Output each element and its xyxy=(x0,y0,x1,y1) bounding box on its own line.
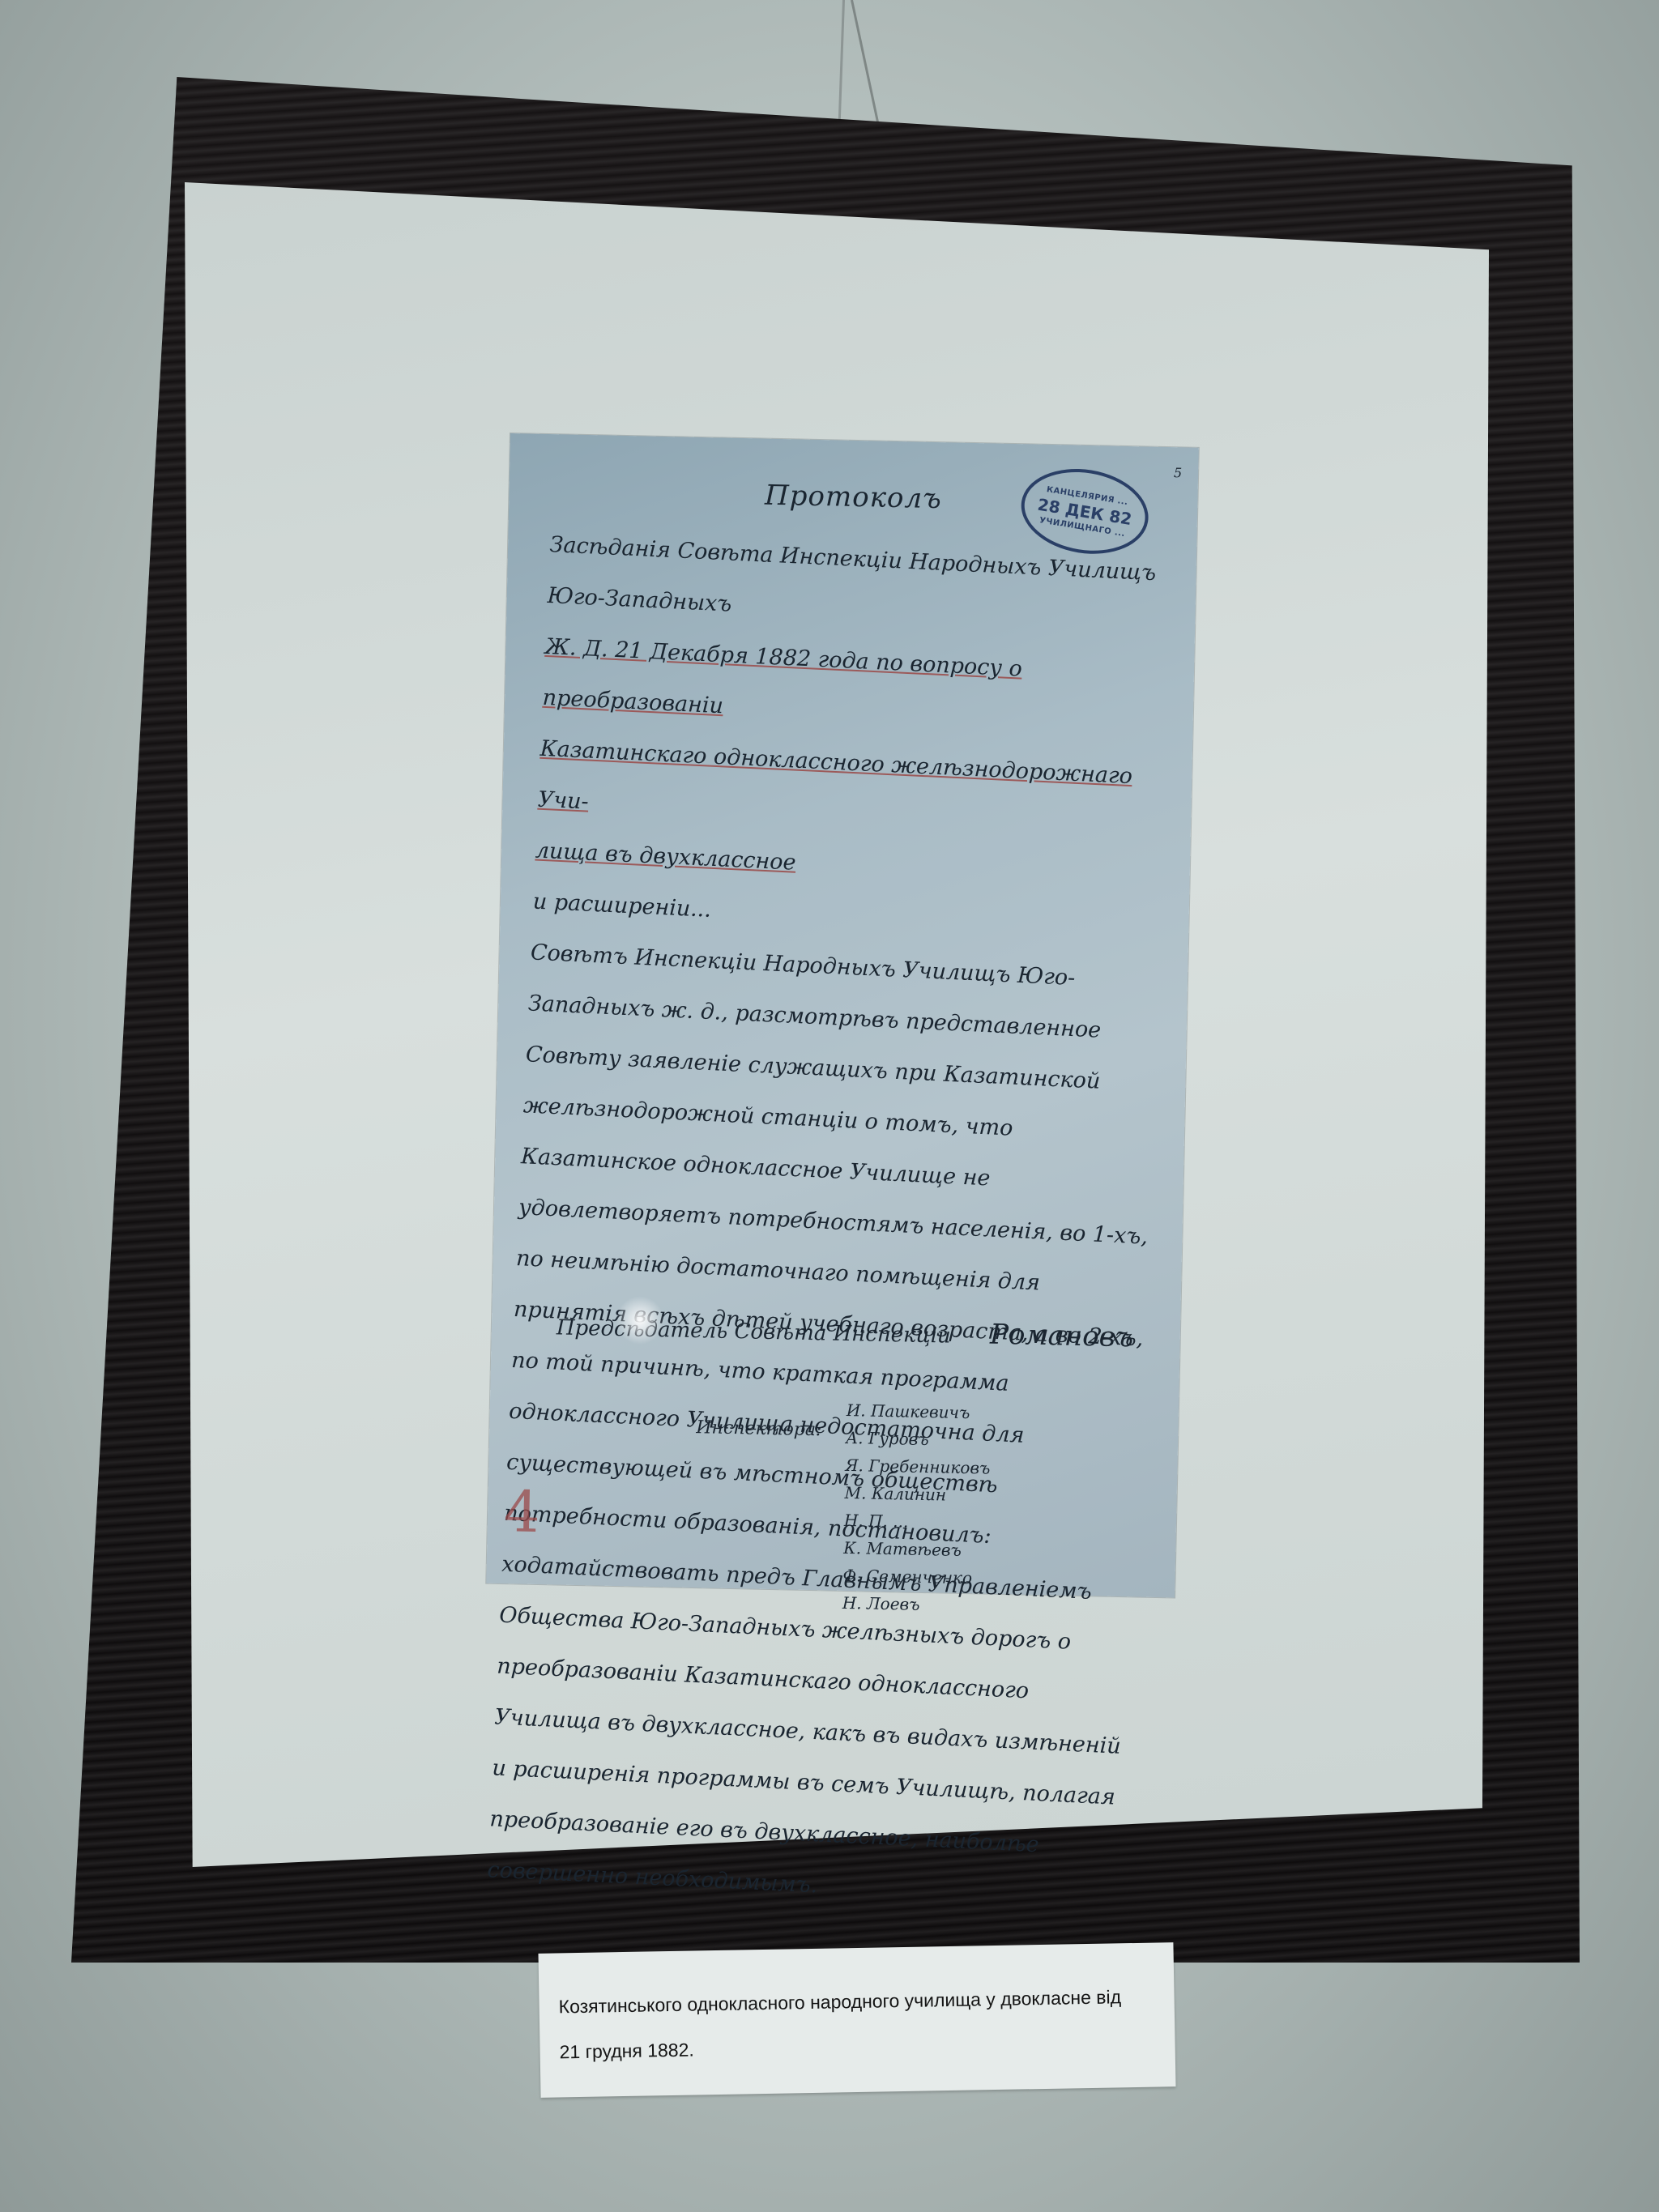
member-signature: Я. Гребенниковъ xyxy=(845,1451,991,1482)
caption-label: Козятинського однокласного народного учи… xyxy=(539,1942,1176,2098)
member-signature: М. Калинин xyxy=(844,1479,990,1510)
document-photo: 5 Протоколъ КАНЦЕЛЯРИЯ ... 28 ДЕК 82 УЧИ… xyxy=(486,433,1199,1597)
folio-mark: 5 xyxy=(1174,465,1183,480)
member-signature: К. Матвѣевъ xyxy=(843,1534,989,1565)
body-text: Совѣтъ Инспекціи Народныхъ Училищъ Юго-З… xyxy=(486,927,1171,1925)
members-label: Инспектора: xyxy=(696,1417,822,1440)
member-signature: Н. П. ... xyxy=(844,1507,990,1537)
chairman-signature: Романовъ xyxy=(990,1319,1134,1354)
member-signature: Н. Лоевъ xyxy=(842,1589,987,1620)
member-signature: И. Пашкевичъ xyxy=(846,1396,992,1427)
member-signature: Ф. Семенченко xyxy=(842,1562,988,1592)
caption-line-2: 21 грудня 1882. xyxy=(559,2018,1164,2074)
document-body: Засѣданія Совѣта Инспекціи Народныхъ Учи… xyxy=(486,519,1190,1925)
red-pencil-mark: 4 xyxy=(503,1478,540,1545)
members-signatures: И. Пашкевичъ А. Гуровъ Я. Гребенниковъ М… xyxy=(842,1396,992,1620)
glass-glare xyxy=(616,1296,664,1345)
member-signature: А. Гуровъ xyxy=(846,1424,992,1455)
